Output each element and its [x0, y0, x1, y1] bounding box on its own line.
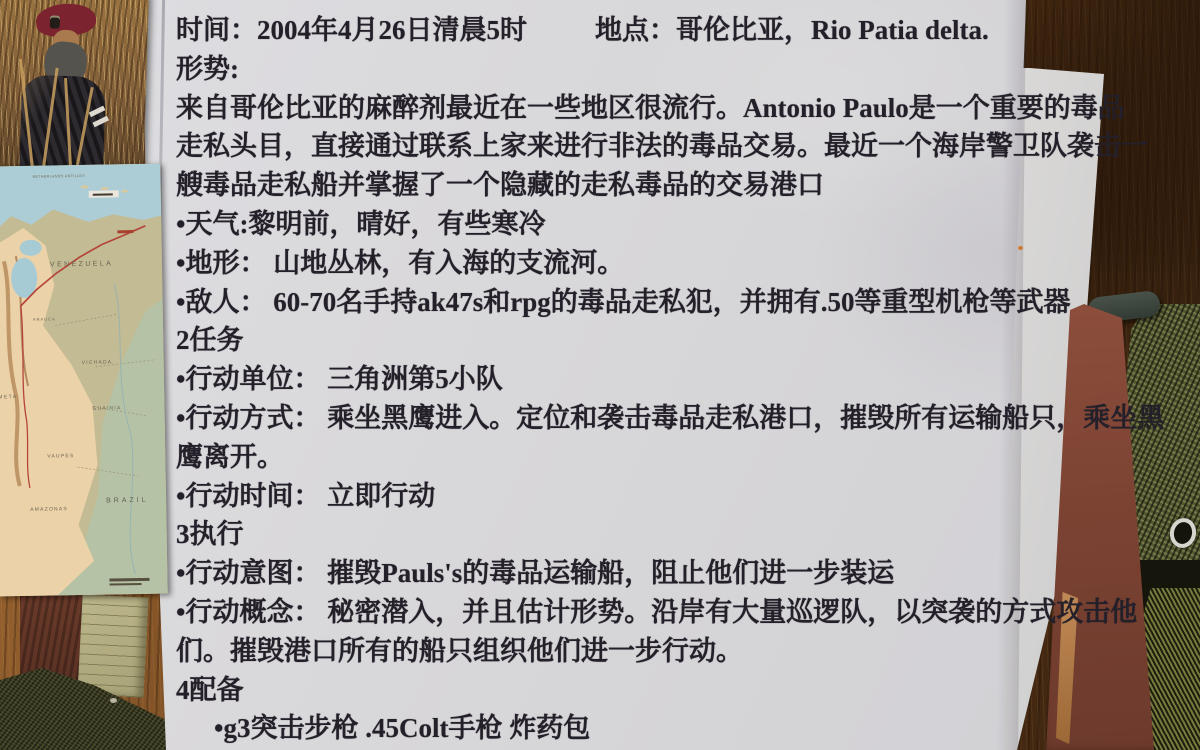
briefing-line-weather: •天气:黎明前，晴好，有些寒冷	[176, 205, 1022, 244]
time-field: 时间：2004年4月26日清晨5时	[176, 15, 527, 45]
map-label-guainia: GUAINIA	[92, 405, 121, 412]
map-label-amazonas: AMAZONAS	[30, 506, 68, 513]
briefing-line-time: •行动时间： 立即行动	[176, 477, 1022, 516]
briefing-line: 来自哥伦比亚的麻醉剂最近在一些地区很流行。Antonio Paulo是一个重要的…	[176, 89, 1022, 128]
briefing-line-concept: •行动概念： 秘密潜入，并且估计形势。沿岸有大量巡逻队，以突袭的方式攻击他	[176, 593, 1022, 632]
briefing-line: 鹰离开。	[176, 438, 1022, 477]
location-field: 地点：哥伦比亚，Rio Patia delta.	[595, 15, 989, 45]
fabric-lint-speck	[110, 698, 117, 703]
briefing-line-intent: •行动意图： 摧毁Pauls's的毒品运输船，阻止他们进一步装运	[176, 554, 1022, 593]
khaki-notepad	[77, 594, 148, 697]
briefing-line: 艘毒品走私船并掌握了一个隐藏的走私毒品的交易港口	[176, 166, 1022, 205]
map-label-vichada: VICHADA	[82, 359, 113, 366]
map-label-vaupes: VAUPES	[47, 453, 74, 459]
soldier-photo	[0, 0, 149, 176]
briefing-line-weapons: •g3突击步枪 .45Colt手枪 炸药包	[176, 709, 1022, 748]
map-label-meta: META	[0, 394, 17, 400]
briefing-line: 们。摧毁港口所有的船只组织他们进一步行动。	[176, 632, 1022, 671]
colombia-map: NETHERLANDS ANTILLES VENEZUELA ARAUCA ME…	[0, 164, 168, 597]
briefing-line-mission-title: 2任务	[176, 321, 1022, 360]
briefing-line-unit: •行动单位： 三角洲第5小队	[176, 360, 1022, 399]
map-label-brazil: BRAZIL	[106, 497, 149, 505]
beret-badge	[50, 15, 60, 28]
map-callout-text-smudge	[93, 193, 113, 195]
briefing-text: 时间：2004年4月26日清晨5时地点：哥伦比亚，Rio Patia delta…	[176, 11, 1022, 748]
briefing-line-situation-title: 形势:	[176, 50, 1022, 89]
map-red-label-smudge	[117, 230, 133, 233]
mission-briefing-screen: 时间：2004年4月26日清晨5时地点：哥伦比亚，Rio Patia delta…	[0, 0, 1200, 750]
briefing-line-method: •行动方式： 乘坐黑鹰进入。定位和袭击毒品走私港口，摧毁所有运输船只，乘坐黑	[176, 399, 1022, 438]
briefing-line: 走私头目，直接通过联系上家来进行非法的毒品交易。最近一个海岸警卫队袭击一	[176, 127, 1022, 166]
briefing-line-equipment-title: 4配备	[176, 671, 1022, 710]
briefing-line-terrain: •地形： 山地丛林，有入海的支流河。	[176, 244, 1022, 283]
map-label-arauca: ARAUCA	[33, 316, 56, 321]
briefing-line-enemy: •敌人： 60-70名手持ak47s和rpg的毒品走私犯，并拥有.50等重型机枪…	[176, 283, 1022, 322]
map-graphic: NETHERLANDS ANTILLES VENEZUELA ARAUCA ME…	[0, 164, 168, 597]
map-label-venezuela: VENEZUELA	[50, 260, 113, 268]
briefing-line-execution-title: 3执行	[176, 515, 1022, 554]
briefing-header-line: 时间：2004年4月26日清晨5时地点：哥伦比亚，Rio Patia delta…	[176, 11, 1022, 50]
